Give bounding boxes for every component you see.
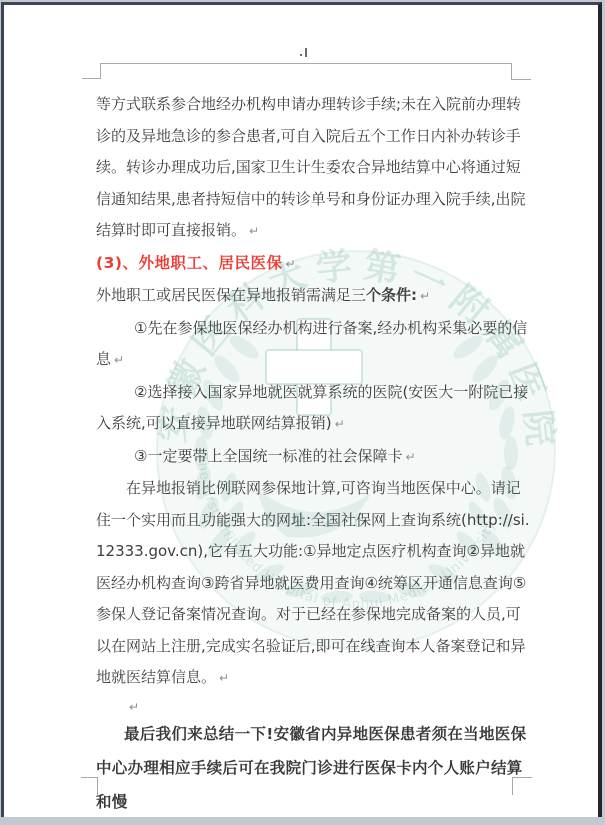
text-run: ②选择接入国家异地就医就算系统的医院(安医大一附院已接入系统,可以直接异地联网结… bbox=[96, 383, 528, 433]
header-tick-mark bbox=[299, 47, 309, 59]
crop-mark-top-left-h bbox=[82, 78, 101, 79]
paragraph-condition-2: ②选择接入国家异地就医就算系统的医院(安医大一附院已接入系统,可以直接异地联网结… bbox=[96, 377, 533, 441]
text-run: 外地职工或居民医保在异地报销需满足三 bbox=[96, 286, 366, 304]
text-run: 个条件: bbox=[366, 286, 417, 304]
crop-mark-top-right-v bbox=[511, 63, 512, 80]
header-tick-bar bbox=[305, 48, 307, 57]
document-page: 安徽医科大学第一附属医院 The First Affiliated Hospit… bbox=[1, 2, 602, 817]
paragraph-return-mark: ↵ bbox=[405, 450, 415, 464]
text-run: 最后我们来总结一下!安徽省内异地医保患者须在当地医保中心办理相应手续后可在我院门… bbox=[96, 725, 526, 811]
header-tick-dot bbox=[300, 54, 302, 56]
paragraph-summary: 最后我们来总结一下!安徽省内异地医保患者须在当地医保中心办理相应手续后可在我院门… bbox=[96, 717, 533, 819]
paragraph-condition-3: ③一定要带上全国统一标准的社会保障卡↵ bbox=[96, 441, 533, 474]
document-text: 等方式联系参合地经办机构申请办理转诊手续;未在入院前办理转诊的及异地急诊的参合患… bbox=[96, 89, 533, 819]
crop-mark-top-left-v bbox=[100, 63, 101, 79]
paragraph-query-system: 在异地报销比例联网参保地计算,可咨询当地医保中心。请记住一个实用而且功能强大的网… bbox=[96, 473, 533, 695]
crop-mark-top-right-h bbox=[511, 79, 531, 80]
paragraph-return-mark: ↵ bbox=[114, 353, 124, 367]
paragraph-transfer-procedure: 等方式联系参合地经办机构申请办理转诊手续;未在入院前办理转诊的及异地急诊的参合患… bbox=[96, 89, 533, 248]
top-margin-line bbox=[100, 63, 512, 64]
paragraph-return-mark: ↵ bbox=[335, 417, 345, 431]
text-run: ③一定要带上全国统一标准的社会保障卡 bbox=[134, 447, 402, 465]
paragraph-condition-1: ①先在参保地医保经办机构进行备案,经办机构采集必要的信息↵ bbox=[96, 313, 533, 377]
paragraph-return-mark: ↵ bbox=[249, 224, 259, 238]
text-run: 等方式联系参合地经办机构申请办理转诊手续;未在入院前办理转诊的及异地急诊的参合患… bbox=[96, 95, 526, 239]
paragraph-return-mark: ↵ bbox=[285, 257, 296, 271]
text-run: ①先在参保地医保经办机构进行备案,经办机构采集必要的信息 bbox=[96, 319, 527, 369]
paragraph-return-mark: ↵ bbox=[129, 700, 139, 714]
document-canvas: 安徽医科大学第一附属医院 The First Affiliated Hospit… bbox=[0, 0, 605, 825]
heading-nonlocal-employee-resident-insurance: (3)、外地职工、居民医保↵ bbox=[96, 248, 533, 281]
paragraph-empty: ↵ bbox=[96, 695, 533, 717]
text-run: 在异地报销比例联网参保地计算,可咨询当地医保中心。请记住一个实用而且功能强大的网… bbox=[96, 479, 530, 686]
paragraph-three-conditions: 外地职工或居民医保在异地报销需满足三个条件:↵ bbox=[96, 280, 533, 313]
paragraph-return-mark: ↵ bbox=[219, 671, 229, 685]
paragraph-return-mark: ↵ bbox=[420, 289, 430, 303]
text-run: (3)、外地职工、居民医保 bbox=[96, 254, 282, 272]
